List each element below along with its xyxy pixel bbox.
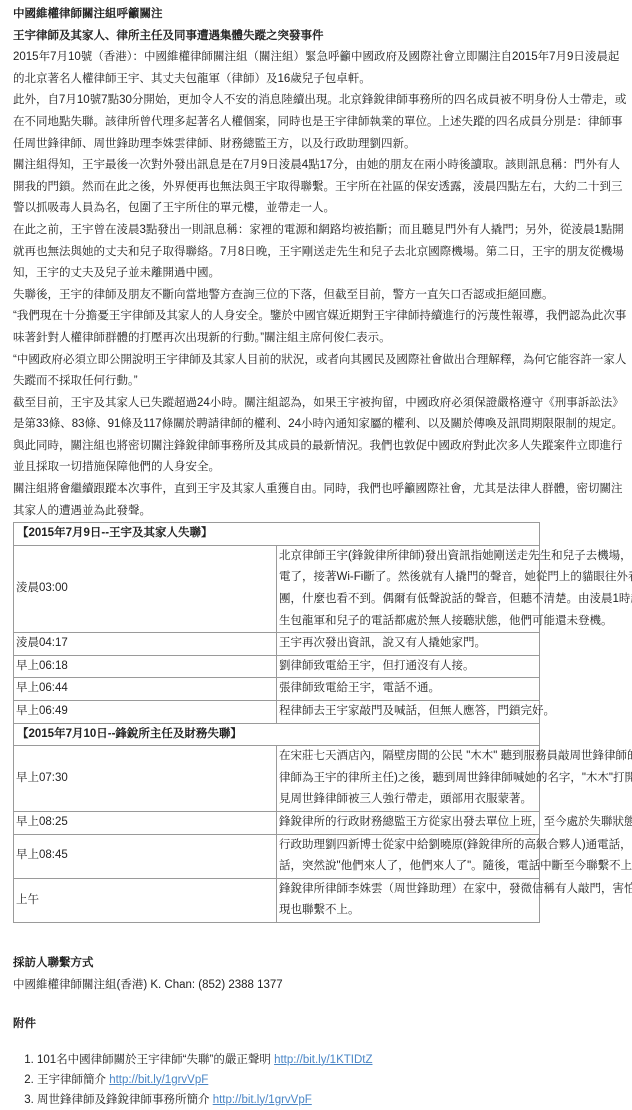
timeline-description-line: 張律師致電給王宇，電話不通。	[279, 678, 539, 700]
timeline-description-line: 行政助理劉四新博士從家中給劉曉原(鋒銳律所的高級合夥人)通電話，沒說幾句	[279, 835, 539, 857]
paragraph-line: 警以抓吸毒人員為名，包圍了王宇所住的單元樓，並帶走一人。	[13, 198, 632, 220]
timeline-description-line: 律師為王宇的律所主任)之後，聽到周世鋒律師喊她的名字，"木木"打開房門，看	[279, 768, 539, 790]
paragraph: “中國政府必須立即公開說明王宇律師及其家人目前的狀況，或者向其國民及國際社會做出…	[13, 350, 632, 393]
timeline-description-line: 現也聯繫不上。	[279, 900, 539, 922]
paragraph-line: 在此之前，王宇曾在淩晨3點發出一則訊息稱：家裡的電源和網路均被掐斷；而且聽見門外…	[13, 220, 632, 242]
timeline-table: 【2015年7月9日--王宇及其家人失聯】淩晨03:00北京律師王宇(鋒銳律所律…	[13, 522, 540, 923]
timeline-row: 上午鋒銳律所律師李姝雲（周世鋒助理）在家中，發微信稱有人敲門，害怕不開門，現也聯…	[14, 878, 540, 922]
timeline-description: 劉律師致電給王宇，但打通沒有人接。	[277, 655, 540, 678]
timeline-description-line: 在宋莊七天酒店內，隔壁房間的公民 "木木" 聽到服務員敲周世鋒律師的房間門(周	[279, 746, 539, 768]
timeline-description: 程律師去王宇家敲門及喊話，但無人應答，門鎖完好。	[277, 701, 540, 724]
timeline-section-heading: 【2015年7月9日--王宇及其家人失聯】	[14, 523, 540, 546]
timeline-description-line: 生包龍軍和兒子的電話都處於無人接聽狀態，他們可能還未登機。	[279, 611, 539, 633]
paragraph-line: 味著針對人權律師群體的打壓再次出現新的行動。”關注組主席何俊仁表示。	[13, 328, 632, 350]
paragraph-line: “中國政府必須立即公開說明王宇律師及其家人目前的狀況，或者向其國民及國際社會做出…	[13, 350, 632, 372]
attachment-label: 王宇律師簡介	[37, 1074, 106, 1086]
paragraph-line: 就再也無法與她的丈夫和兒子取得聯絡。7月8日晚，王宇剛送走先生和兒子去北京國際機…	[13, 242, 632, 264]
timeline-time: 早上06:44	[14, 678, 277, 701]
paragraph-line: 關注組得知，王宇最後一次對外發出訊息是在7月9日淩晨4點17分，由她的朋友在兩小…	[13, 155, 632, 177]
timeline-description-line: 鋒銳律所律師李姝雲（周世鋒助理）在家中，發微信稱有人敲門，害怕不開門，	[279, 879, 539, 901]
attachment-label: 周世鋒律師及鋒銳律師事務所簡介	[37, 1094, 210, 1106]
contact-text: 中國維權律師關注組(香港) K. Chan: (852) 2388 1377	[13, 975, 632, 997]
timeline-row: 淩晨04:17王宇再次發出資訊，說又有人撬她家門。	[14, 633, 540, 656]
timeline-description-line: 團，什麼也看不到。偶爾有低聲說話的聲音，但聽不清楚。由淩晨1時起，她的先	[279, 589, 539, 611]
timeline-section-heading: 【2015年7月10日--鋒銳所主任及財務失聯】	[14, 723, 540, 746]
timeline-row: 早上06:49程律師去王宇家敲門及喊話，但無人應答，門鎖完好。	[14, 701, 540, 724]
timeline-time: 早上06:49	[14, 701, 277, 724]
paragraph-line: 的北京著名人權律師王宇、其丈夫包龍軍（律師）及16歲兒子包卓軒。	[13, 69, 632, 91]
timeline-time: 早上06:18	[14, 655, 277, 678]
timeline-row: 早上07:30在宋莊七天酒店內，隔壁房間的公民 "木木" 聽到服務員敲周世鋒律師…	[14, 746, 540, 812]
timeline-description-line: 見周世鋒律師被三人強行帶走，頭部用衣服蒙著。	[279, 789, 539, 811]
timeline-time: 淩晨04:17	[14, 633, 277, 656]
timeline-section-header-row: 【2015年7月10日--鋒銳所主任及財務失聯】	[14, 723, 540, 746]
paragraph: 失聯後，王宇的律師及朋友不斷向當地警方查詢三位的下落，但截至目前，警方一直矢口否…	[13, 285, 632, 307]
paragraph-line: 是第33條、83條、91條及117條關於聘請律師的權利、24小時內通知家屬的權利…	[13, 414, 632, 436]
timeline-row: 早上08:45行政助理劉四新博士從家中給劉曉原(鋒銳律所的高級合夥人)通電話，沒…	[14, 834, 540, 878]
attachments-title: 附件	[13, 1014, 632, 1036]
timeline-description-line: 鋒銳律所的行政財務總監王方從家出發去單位上班，至今處於失聯狀態。	[279, 812, 539, 834]
paragraph: 此外，自7月10號7點30分開始，更加令人不安的消息陸續出現。北京鋒銳律師事務所…	[13, 90, 632, 155]
paragraph-line: 與此同時，關注組也將密切關注鋒銳律師事務所及其成員的最新情況。我們也敦促中國政府…	[13, 436, 632, 458]
timeline-description: 北京律師王宇(鋒銳律所律師)發出資訊指她剛送走先生和兒子去機場，家裡突然斷電了，…	[277, 545, 540, 632]
timeline-time: 淩晨03:00	[14, 545, 277, 632]
attachment-link[interactable]: http://bit.ly/1KTIDtZ	[274, 1054, 372, 1066]
timeline-description-line: 王宇再次發出資訊，說又有人撬她家門。	[279, 633, 539, 655]
timeline-time: 早上08:45	[14, 834, 277, 878]
paragraph-line: 失蹤而不採取任何行動。”	[13, 371, 632, 393]
spacer	[13, 996, 632, 1014]
spacer	[13, 923, 632, 953]
attachments-list: 101名中國律師關於王宇律師“失聯”的嚴正聲明 http://bit.ly/1K…	[13, 1050, 632, 1110]
paragraph-line: 失聯後，王宇的律師及朋友不斷向當地警方查詢三位的下落，但截至目前，警方一直矢口否…	[13, 285, 632, 307]
timeline-description: 行政助理劉四新博士從家中給劉曉原(鋒銳律所的高級合夥人)通電話，沒說幾句話，突然…	[277, 834, 540, 878]
paragraph: “我們現在十分擔憂王宇律師及其家人的人身安全。鑒於中國官媒近期對王宇律師持續進行…	[13, 306, 632, 349]
attachment-item: 周世鋒律師及鋒銳律師事務所簡介 http://bit.ly/1grvVpF	[37, 1090, 632, 1110]
timeline-description: 鋒銳律所律師李姝雲（周世鋒助理）在家中，發微信稱有人敲門，害怕不開門，現也聯繫不…	[277, 878, 540, 922]
timeline-description-line: 北京律師王宇(鋒銳律所律師)發出資訊指她剛送走先生和兒子去機場，家裡突然斷	[279, 546, 539, 568]
contact-title: 採訪人聯繫方式	[13, 953, 632, 975]
paragraph: 截至目前，王宇及其家人已失蹤超過24小時。關注組認為，如果王宇被拘留，中國政府必…	[13, 393, 632, 479]
timeline-description: 鋒銳律所的行政財務總監王方從家出發去單位上班，至今處於失聯狀態。	[277, 811, 540, 834]
timeline-time: 上午	[14, 878, 277, 922]
timeline-section-header-row: 【2015年7月9日--王宇及其家人失聯】	[14, 523, 540, 546]
paragraph-line: 此外，自7月10號7點30分開始，更加令人不安的消息陸續出現。北京鋒銳律師事務所…	[13, 90, 632, 112]
paragraph-line: “我們現在十分擔憂王宇律師及其家人的人身安全。鑒於中國官媒近期對王宇律師持續進行…	[13, 306, 632, 328]
timeline-row: 早上08:25鋒銳律所的行政財務總監王方從家出發去單位上班，至今處於失聯狀態。	[14, 811, 540, 834]
timeline-row: 淩晨03:00北京律師王宇(鋒銳律所律師)發出資訊指她剛送走先生和兒子去機場，家…	[14, 545, 540, 632]
page-title: 中國維權律師關注組呼籲關注	[13, 4, 632, 26]
paragraph-line: 關注組將會繼續跟蹤本次事件，直到王宇及其家人重獲自由。同時，我們也呼籲國際社會，…	[13, 479, 632, 501]
document-page: 中國維權律師關注組呼籲關注 王宇律師及其家人、律所主任及同事遭遇集體失蹤之突發事…	[13, 4, 632, 1110]
timeline-description-line: 話，突然說"他們來人了，他們來人了"。隨後，電話中斷至今聯繫不上。	[279, 856, 539, 878]
attachment-label: 101名中國律師關於王宇律師“失聯”的嚴正聲明	[37, 1054, 271, 1066]
timeline-row: 早上06:18劉律師致電給王宇，但打通沒有人接。	[14, 655, 540, 678]
timeline-row: 早上06:44張律師致電給王宇，電話不通。	[14, 678, 540, 701]
timeline-description: 王宇再次發出資訊，說又有人撬她家門。	[277, 633, 540, 656]
timeline-description: 在宋莊七天酒店內，隔壁房間的公民 "木木" 聽到服務員敲周世鋒律師的房間門(周律…	[277, 746, 540, 812]
timeline-description-line: 程律師去王宇家敲門及喊話，但無人應答，門鎖完好。	[279, 701, 539, 723]
paragraph-line: 截至目前，王宇及其家人已失蹤超過24小時。關注組認為，如果王宇被拘留，中國政府必…	[13, 393, 632, 415]
paragraph: 關注組將會繼續跟蹤本次事件，直到王宇及其家人重獲自由。同時，我們也呼籲國際社會，…	[13, 479, 632, 522]
paragraph: 2015年7月10號（香港）：中國維權律師關注組（關注組）緊急呼籲中國政府及國際…	[13, 47, 632, 90]
paragraph-line: 知，王宇的丈夫及兒子並未離開過中國。	[13, 263, 632, 285]
timeline-description-line: 電了，接著Wi-Fi斷了。然後就有人撬門的聲音，她從門上的貓眼往外看，漆黑一	[279, 567, 539, 589]
paragraph-line: 開我的門鎖。然而在此之後，外界便再也無法與王宇取得聯繫。王宇所在社區的保安透露，…	[13, 177, 632, 199]
attachment-item: 101名中國律師關於王宇律師“失聯”的嚴正聲明 http://bit.ly/1K…	[37, 1050, 632, 1070]
timeline-description: 張律師致電給王宇，電話不通。	[277, 678, 540, 701]
paragraph-line: 任周世鋒律師、周世鋒助理李姝雲律師、財務總監王方，以及行政助理劉四新。	[13, 134, 632, 156]
attachment-link[interactable]: http://bit.ly/1grvVpF	[109, 1074, 208, 1086]
page-subtitle: 王宇律師及其家人、律所主任及同事遭遇集體失蹤之突發事件	[13, 26, 632, 48]
timeline-description-line: 劉律師致電給王宇，但打通沒有人接。	[279, 656, 539, 678]
attachment-link[interactable]: http://bit.ly/1grvVpF	[213, 1094, 312, 1106]
body-paragraphs: 2015年7月10號（香港）：中國維權律師關注組（關注組）緊急呼籲中國政府及國際…	[13, 47, 632, 522]
paragraph-line: 在不同地點失聯。該律所曾代理多起著名人權個案，同時也是王宇律師執業的單位。上述失…	[13, 112, 632, 134]
timeline-time: 早上08:25	[14, 811, 277, 834]
paragraph-line: 並且採取一切措施保障他們的人身安全。	[13, 457, 632, 479]
paragraph: 在此之前，王宇曾在淩晨3點發出一則訊息稱：家裡的電源和網路均被掐斷；而且聽見門外…	[13, 220, 632, 285]
timeline-time: 早上07:30	[14, 746, 277, 812]
paragraph: 關注組得知，王宇最後一次對外發出訊息是在7月9日淩晨4點17分，由她的朋友在兩小…	[13, 155, 632, 220]
paragraph-line: 其家人的遭遇並為此發聲。	[13, 501, 632, 523]
paragraph-line: 2015年7月10號（香港）：中國維權律師關注組（關注組）緊急呼籲中國政府及國際…	[13, 47, 632, 69]
attachment-item: 王宇律師簡介 http://bit.ly/1grvVpF	[37, 1070, 632, 1090]
